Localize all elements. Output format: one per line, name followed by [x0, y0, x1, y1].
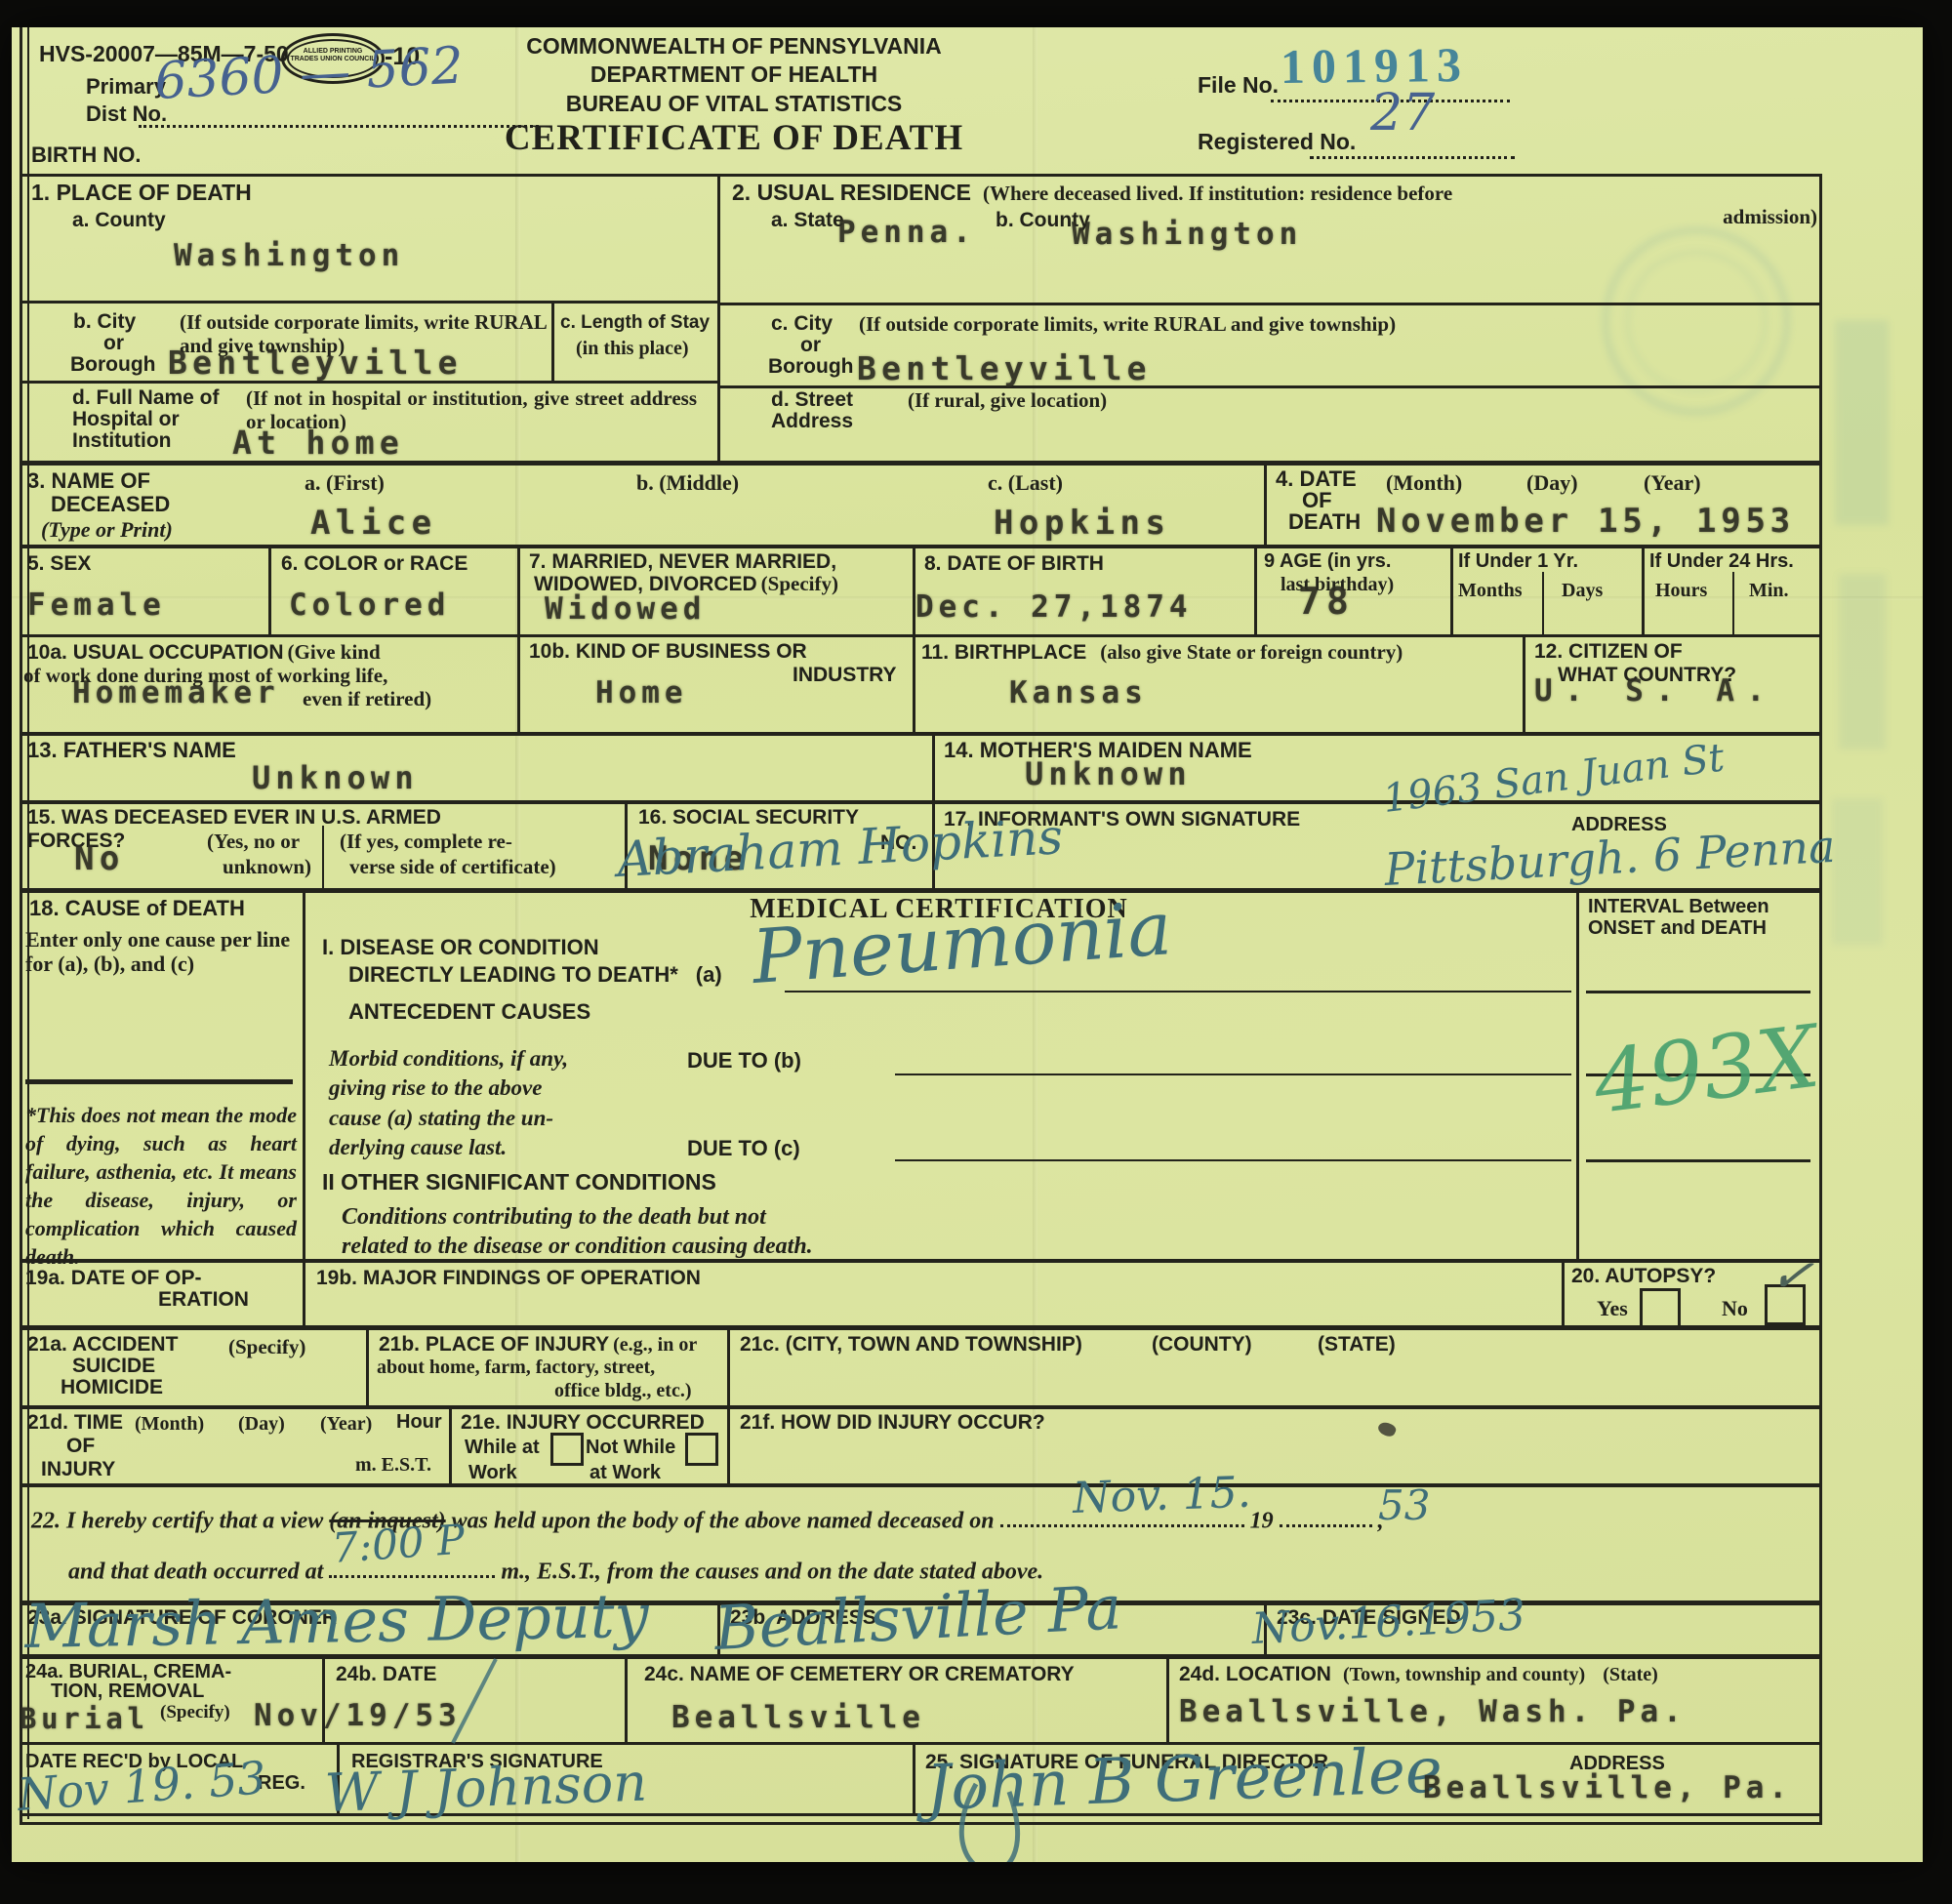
field-15-note: (If yes, complete re- [340, 830, 512, 853]
grid-line [1542, 572, 1544, 634]
grid-line [449, 1405, 452, 1483]
field-21d-year-label: (Year) [320, 1413, 372, 1436]
field-21c-county-label: (COUNTY) [1152, 1333, 1252, 1357]
grid-line [1166, 1654, 1169, 1742]
field-21d-label: OF [66, 1435, 95, 1458]
med-morbid-note: Morbid conditions, if any, giving rise t… [329, 1044, 568, 1162]
autopsy-no-label: No [1722, 1296, 1748, 1320]
field-21d-label: 21d. TIME [27, 1411, 123, 1435]
field-21a-label: 21a. ACCIDENT [27, 1333, 178, 1357]
field-2c-label: c. City [771, 312, 833, 336]
field-10a-value: Homemaker [72, 675, 280, 710]
field-1d-label: d. Full Name of [72, 386, 220, 410]
field-21b-note: office bldg., etc.) [554, 1380, 692, 1402]
grid-line [20, 634, 1822, 637]
interval-label: ONSET and DEATH [1588, 917, 1767, 940]
field-days-label: Days [1562, 580, 1603, 602]
field-6-label: 6. COLOR or RACE [281, 552, 468, 576]
grid-line [551, 301, 554, 384]
grid-line [1576, 888, 1579, 1259]
department-line: DEPARTMENT OF HEALTH [383, 61, 1085, 87]
field-21f-label: 21f. HOW DID INJURY OCCUR? [740, 1411, 1045, 1435]
grid-line [20, 732, 1822, 736]
field-1a-value: Washington [174, 238, 404, 273]
grid-line [20, 545, 1822, 548]
field-24c-label: 24c. NAME OF CEMETERY OR CREMATORY [644, 1663, 1075, 1686]
med-morbid-line: derlying cause last. [329, 1133, 568, 1162]
grid-line [932, 732, 935, 800]
cause-b-rule [895, 1074, 1571, 1075]
grid-line [1642, 545, 1645, 634]
field-months-label: Months [1458, 580, 1523, 602]
field-10a-label: 10a. USUAL OCCUPATION (Give kind [27, 640, 381, 665]
field-21a-note: (Specify) [228, 1335, 305, 1358]
field-2-title: 2. USUAL RESIDENCE (Where deceased lived… [732, 180, 1452, 205]
field-13-label: 13. FATHER'S NAME [27, 738, 236, 762]
field-21e-whileat-label: While at [465, 1437, 540, 1459]
field-2b-value: Washington [1072, 217, 1302, 252]
field-7-label: 7. MARRIED, NEVER MARRIED, [529, 550, 836, 574]
leader-dots [1280, 1505, 1372, 1527]
field-9-label: 9 AGE (in yrs. [1264, 550, 1391, 573]
grid-line [20, 1742, 1822, 1745]
field-1d-label: Hospital or [72, 408, 180, 431]
med-other-conditions-label: II OTHER SIGNIFICANT CONDITIONS [322, 1169, 716, 1195]
field-1b-value: Bentleyville [168, 344, 463, 382]
field-21e-notwhile-label: Not While [586, 1437, 675, 1459]
field-3-first-value: Alice [310, 504, 437, 543]
commonwealth-line: COMMONWEALTH OF PENNSYLVANIA [383, 33, 1085, 59]
field-18-note2: *This does not mean the mode of dying, s… [25, 1101, 297, 1271]
interval-label: INTERVAL Between [1588, 896, 1769, 918]
grid-line [27, 27, 29, 1819]
photo-background: HVS-20007—85M—7-50 ALLIED PRINTING TRADE… [0, 0, 1952, 1904]
bureau-line: BUREAU OF VITAL STATISTICS [383, 91, 1085, 116]
death-certificate-paper: HVS-20007—85M—7-50 ALLIED PRINTING TRADE… [12, 27, 1923, 1862]
field-11-label: 11. BIRTHPLACE (also give State or forei… [921, 640, 1403, 665]
grid-line [717, 174, 720, 461]
field-1b-label: Borough [70, 353, 155, 377]
field-2-note2: admission) [1612, 205, 1817, 228]
field-21b-label-text: 21b. PLACE OF INJURY [379, 1333, 609, 1356]
autopsy-no-checkmark: ✓ [1767, 1244, 1817, 1308]
grid-line [1562, 1259, 1565, 1325]
field-6-value: Colored [289, 587, 450, 623]
field-15-note: (Yes, no or [207, 830, 300, 853]
grid-line [1254, 545, 1257, 634]
med-morbid-line: giving rise to the above [329, 1074, 568, 1103]
med-conditions-note: Conditions contributing to the death but… [342, 1202, 766, 1234]
med-due-c-label: DUE TO (c) [687, 1136, 800, 1160]
field-4-title: DEATH [1288, 509, 1361, 534]
field-12-label: 12. CITIZEN OF [1534, 640, 1683, 664]
field-21b-note: about home, farm, factory, street, [377, 1357, 655, 1379]
field-11-note: (also give State or foreign country) [1100, 640, 1403, 664]
grid-line [517, 545, 520, 634]
certify-text: was held upon the body of the above name… [452, 1508, 995, 1533]
field-2c-note: (If outside corporate limits, write RURA… [859, 312, 1396, 336]
field-4-value: November 15, 1953 [1376, 502, 1795, 541]
med-a-marker: (a) [696, 962, 722, 987]
registered-no-value: 27 [1370, 84, 1435, 142]
field-21e-label: 21e. INJURY OCCURRED [461, 1411, 705, 1435]
stamp-ghost-mark [1839, 574, 1886, 749]
field-24c-value: Beallsville [671, 1700, 925, 1735]
field-min-label: Min. [1749, 580, 1789, 602]
field-10a-note: even if retired) [303, 687, 431, 710]
field-3-last-value: Hopkins [994, 504, 1170, 543]
cause-a-rule [785, 991, 1571, 993]
field-3-last-label: c. (Last) [988, 470, 1063, 495]
field-10b-label: INDUSTRY [793, 664, 897, 687]
field-21a-label: HOMICIDE [61, 1376, 163, 1399]
field-1b-label: b. City [73, 310, 136, 334]
field-18-title: 18. CAUSE of DEATH [29, 896, 245, 920]
field-19b-label: 19b. MAJOR FINDINGS OF OPERATION [316, 1267, 701, 1290]
field-21c-state-label: (STATE) [1318, 1333, 1396, 1357]
field-10b-value: Home [595, 675, 688, 710]
field-21d-est-label: m. E.S.T. [355, 1454, 431, 1477]
interval-rule [1586, 1159, 1810, 1162]
field-15-note: unknown) [223, 855, 311, 878]
autopsy-yes-label: Yes [1597, 1296, 1628, 1320]
grid-line [303, 888, 305, 1259]
field-10a-note: (Give kind [288, 640, 381, 664]
field-15-note: verse side of certificate) [349, 855, 556, 878]
field-3-subtitle: (Type or Print) [41, 515, 173, 544]
not-while-at-work-checkbox [685, 1433, 718, 1466]
interval-rule [1586, 991, 1810, 993]
field-8-value: Dec. 27,1874 [915, 589, 1192, 625]
field-3-middle-label: b. (Middle) [636, 470, 739, 495]
field-2d-label: d. Street [771, 388, 853, 412]
med-disease-label2-text: DIRECTLY LEADING TO DEATH* [348, 962, 678, 987]
grid-line [717, 303, 1822, 305]
grid-line [20, 888, 1822, 893]
grid-line [727, 1405, 730, 1483]
field-1-title: 1. PLACE OF DEATH [31, 180, 252, 205]
field-24d-value: Beallsville, Wash. Pa. [1179, 1694, 1687, 1729]
med-disease-label: I. DISEASE OR CONDITION [322, 935, 599, 959]
field-10a-label-text: 10a. USUAL OCCUPATION [27, 641, 284, 664]
certify-year-printed: 19 [1250, 1508, 1274, 1533]
stamp-ghost-mark [1835, 320, 1889, 525]
field-4-year-label: (Year) [1644, 470, 1701, 495]
field-21d-day-label: (Day) [238, 1413, 285, 1436]
field-20-label: 20. AUTOPSY? [1571, 1265, 1716, 1288]
med-morbid-line: Morbid conditions, if any, [329, 1044, 568, 1074]
field-1c-note: (in this place) [576, 338, 689, 360]
field-2-title-text: 2. USUAL RESIDENCE [732, 180, 971, 205]
stamp-ghost-mark [1832, 798, 1883, 945]
field-5-label: 5. SEX [27, 552, 91, 576]
field-25-address-value: Beallsville, Pa. [1423, 1770, 1792, 1805]
field-2c-label: or [800, 334, 821, 357]
field-24d-note: (Town, township and county) [1343, 1664, 1585, 1685]
field-21b-note: (e.g., in or [613, 1334, 697, 1356]
field-24d-label: 24d. LOCATION (Town, township and county… [1179, 1663, 1658, 1686]
grid-line [366, 1325, 369, 1405]
field-19a-label: ERATION [158, 1288, 249, 1312]
cause-c-rule [895, 1159, 1571, 1161]
field-10b-label: 10b. KIND OF BUSINESS OR [529, 640, 807, 664]
field-15-label: 15. WAS DECEASED EVER IN U.S. ARMED [27, 806, 441, 830]
field-11-value: Kansas [1009, 675, 1148, 710]
certify-time-handwritten: 7:00 P [331, 1516, 467, 1572]
grid-line [517, 634, 520, 732]
field-1c-label: c. Length of Stay [560, 312, 710, 334]
grid-line [1264, 461, 1267, 545]
field-2-note: (Where deceased lived. If institution: r… [983, 182, 1452, 205]
field-under24hrs-label: If Under 24 Hrs. [1649, 550, 1794, 573]
field-4-day-label: (Day) [1526, 470, 1578, 495]
field-24a-note: (Specify) [160, 1702, 230, 1723]
field-21e-atwork-label: at Work [590, 1462, 661, 1484]
field-24d-label-text: 24d. LOCATION [1179, 1663, 1331, 1685]
field-14-value: Unknown [1025, 755, 1192, 792]
field-5-value: Female [27, 587, 166, 623]
field-3-title: 3. NAME OF [27, 468, 150, 493]
certify-text: and that death occurred at [68, 1559, 323, 1584]
header-center: COMMONWEALTH OF PENNSYLVANIA DEPARTMENT … [383, 33, 1085, 160]
field-21d-month-label: (Month) [135, 1413, 204, 1436]
grid-line [1450, 545, 1453, 634]
certify-year-handwritten: 53 [1378, 1481, 1430, 1529]
med-conditions-note: related to the disease or condition caus… [342, 1232, 813, 1263]
field-1d-value: At home [232, 424, 404, 462]
field-2c-label: Borough [768, 355, 853, 379]
field-24a-value: Burial [20, 1702, 149, 1735]
field-19a-label: 19a. DATE OF OP- [25, 1267, 201, 1290]
med-antecedent-label: ANTECEDENT CAUSES [348, 999, 590, 1024]
field-under1yr-label: If Under 1 Yr. [1458, 550, 1578, 573]
field-11-label-text: 11. BIRTHPLACE [921, 641, 1086, 664]
field-1d-label: Institution [72, 429, 171, 453]
grid-line [20, 1483, 1822, 1487]
field-21b-label: 21b. PLACE OF INJURY (e.g., in or [379, 1333, 697, 1357]
field-24a-label: TION, REMOVAL [51, 1681, 204, 1703]
while-at-work-checkbox [550, 1433, 584, 1466]
certify-date-handwritten: Nov. 15. [1072, 1468, 1251, 1523]
grid-line [20, 1405, 1822, 1409]
med-disease-label2: DIRECTLY LEADING TO DEATH* (a) [348, 962, 722, 987]
field-21d-hour-label: Hour [396, 1411, 442, 1434]
autopsy-yes-checkbox [1640, 1288, 1681, 1329]
field-1b-label: or [103, 332, 124, 355]
field-15-value: No [74, 839, 125, 878]
grid-line [1732, 572, 1734, 634]
field-1a-label: a. County [72, 209, 166, 232]
registrar-signature: W J Johnson [324, 1752, 648, 1824]
field-24b-label: 24b. DATE [336, 1663, 436, 1686]
certificate-title: CERTIFICATE OF DEATH [383, 118, 1085, 160]
field-13-value: Unknown [252, 759, 419, 796]
field-21d-label: INJURY [41, 1458, 115, 1481]
field-2a-value: Penna. [837, 215, 976, 250]
field-18-note1: Enter only one cause per line for (a), (… [25, 927, 295, 977]
certify-text: 22. I hereby certify that a view [31, 1508, 323, 1533]
grid-line [913, 634, 915, 732]
grid-line [303, 1259, 305, 1325]
field-2a-label: a. State [771, 209, 844, 232]
med-morbid-line: cause (a) stating the un- [329, 1104, 568, 1133]
coroner-signature: Marsh Ames Deputy [24, 1580, 649, 1662]
grid-line [20, 1813, 1822, 1816]
grid-line [625, 1654, 628, 1742]
grid-line [913, 1742, 915, 1816]
field-7-specify: (Specify) [761, 572, 838, 595]
field-2d-label: Address [771, 410, 853, 433]
grid-line [1523, 634, 1525, 732]
field-21e-work-label: Work [468, 1462, 517, 1484]
cause-note-divider [25, 1079, 293, 1084]
field-hours-label: Hours [1655, 580, 1707, 602]
field-12-value: U. S. A. [1534, 673, 1777, 709]
field-7-value: Widowed [545, 591, 706, 627]
grid-line [322, 826, 324, 888]
grid-line [268, 545, 271, 634]
field-3-first-label: a. (First) [305, 470, 385, 495]
field-9-value: 78 [1298, 580, 1355, 623]
grid-line [727, 1325, 730, 1405]
field-24d-note: (State) [1603, 1664, 1658, 1685]
field-8-label: 8. DATE OF BIRTH [924, 552, 1104, 576]
field-24b-value: Nov/19/53 [254, 1698, 462, 1733]
birth-no-label: BIRTH NO. [31, 142, 141, 167]
field-4-month-label: (Month) [1386, 470, 1462, 495]
field-21a-label: SUICIDE [72, 1355, 155, 1378]
grid-line [20, 1325, 1822, 1330]
grid-line [20, 27, 22, 174]
file-no-label: File No. [1198, 72, 1279, 98]
field-2d-note: (If rural, give location) [908, 388, 1107, 412]
grid-line [20, 301, 717, 304]
field-2c-value: Bentleyville [857, 349, 1152, 387]
med-due-b-label: DUE TO (b) [687, 1048, 801, 1073]
field-21c-label: 21c. (CITY, TOWN AND TOWNSHIP) [740, 1333, 1082, 1357]
field-3-title: DECEASED [51, 492, 170, 516]
